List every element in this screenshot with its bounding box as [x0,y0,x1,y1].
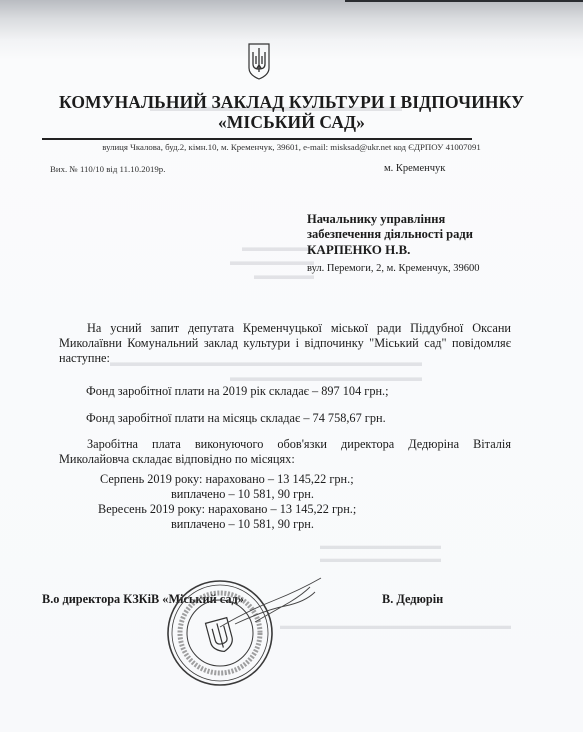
document-page: ▬▬▬▬▬▬▬▬▬▬▬▬▬▬▬▬▬▬ ▬▬▬▬▬▬▬▬▬▬▬▬▬▬▬▬▬▬ ▬▬… [0,0,583,732]
salary-september-paid: виплачено – 10 581, 90 грн. [171,517,314,532]
salary-august-accrued: Серпень 2019 року: нараховано – 13 145,2… [100,472,354,487]
organization-title-line2: «МІСЬКИЙ САД» [0,112,583,132]
scan-edge [345,0,583,2]
body-paragraph-text: На усний запит депутата Кременчуцької мі… [59,321,511,365]
body-paragraph-salary: Заробітна плата виконуючого обов'язки ди… [59,437,511,467]
outgoing-reference: Вих. № 110/10 від 11.10.2019р. [50,164,165,174]
salary-august-paid: виплачено – 10 581, 90 грн. [171,487,314,502]
bleed-through: ▬▬▬▬▬▬▬▬▬▬▬▬▬▬▬▬▬▬▬▬▬▬ [320,540,441,566]
recipient-line1: Начальнику управління [307,212,473,227]
body-paragraph-intro: На усний запит депутата Кременчуцької мі… [59,321,511,366]
organization-title: КОМУНАЛЬНИЙ ЗАКЛАД КУЛЬТУРИ І ВІДПОЧИНКУ… [0,92,583,132]
bleed-through: ▬▬▬▬▬▬▬▬▬▬▬▬▬▬▬▬▬▬ [230,240,314,282]
body-paragraph-text: Заробітна плата виконуючого обов'язки ди… [59,437,511,466]
organization-address: вулиця Чкалова, буд.2, кімн.10, м. Креме… [0,142,583,152]
recipient-name: КАРПЕНКО Н.В. [307,242,473,257]
recipient-line2: забезпечення діяльності ради [307,227,473,242]
header-rule [42,138,472,140]
salary-september-accrued: Вересень 2019 року: нараховано – 13 145,… [98,502,356,517]
signatory-name: В. Дедюрін [382,592,443,607]
ukraine-trident-icon [247,42,271,80]
recipient-address: вул. Перемоги, 2, м. Кременчук, 39600 [307,263,479,274]
fund-month: Фонд заробітної плати на місяць складає … [86,411,386,426]
city: м. Кременчук [384,163,445,174]
handwritten-signature [215,572,325,632]
recipient-block: Начальнику управління забезпечення діяль… [307,212,473,257]
fund-year: Фонд заробітної плати на 2019 рік склада… [86,384,389,399]
organization-title-line1: КОМУНАЛЬНИЙ ЗАКЛАД КУЛЬТУРИ І ВІДПОЧИНКУ [59,92,524,112]
